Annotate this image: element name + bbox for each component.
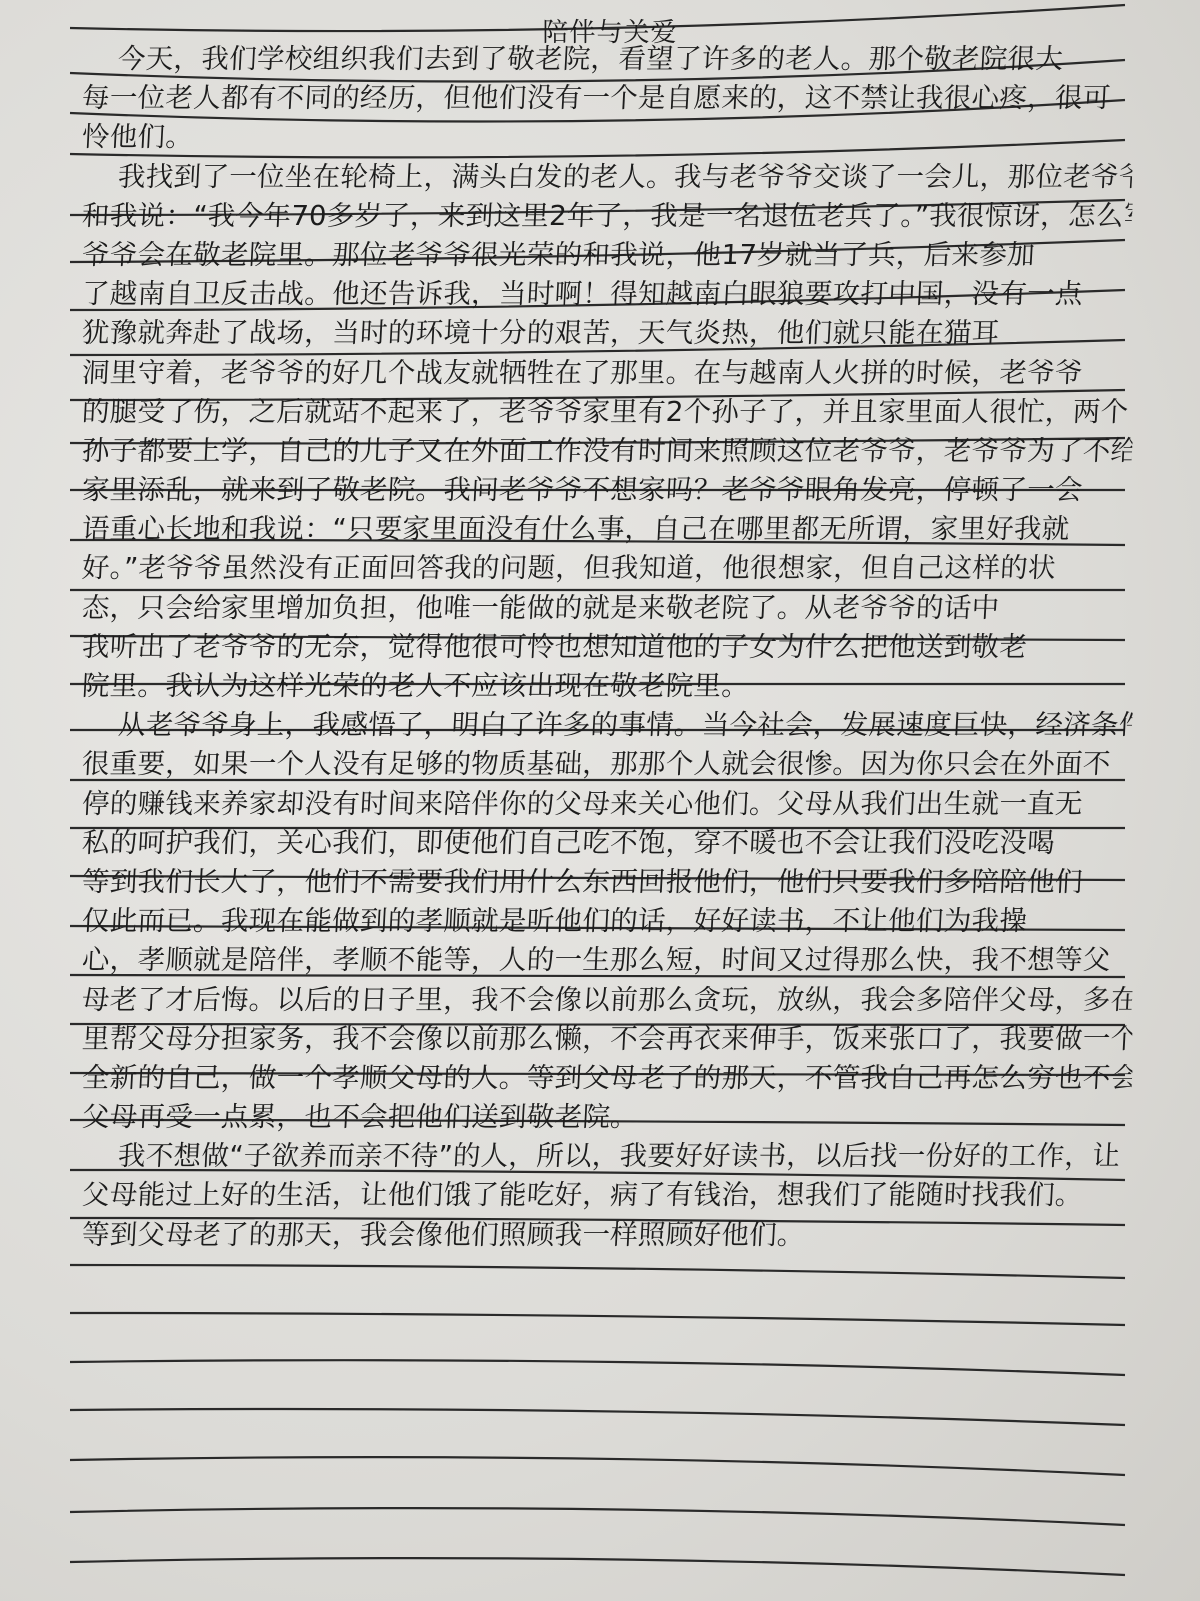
- essay-line: 洞里守着，老爷爷的好几个战友就牺牲在了那里。在与越南人火拼的时候，老爷爷: [81, 354, 1133, 393]
- essay-line: 我听出了老爷爷的无奈，觉得他很可怜也想知道他的子女为什么把他送到敬老: [81, 628, 1133, 667]
- essay-line: 父母能过上好的生活，让他们饿了能吃好，病了有钱治，想我们了能随时找我们。: [81, 1176, 1133, 1215]
- essay-line: 犹豫就奔赴了战场，当时的环境十分的艰苦，天气炎热，他们就只能在猫耳: [81, 314, 1133, 353]
- essay-line: 了越南自卫反击战。他还告诉我，当时啊！得知越南白眼狼要攻打中国，没有一点: [81, 275, 1133, 314]
- essay-line: 今天，我们学校组织我们去到了敬老院，看望了许多的老人。那个敬老院很大: [81, 40, 1133, 79]
- essay-line: 孙子都要上学，自己的儿子又在外面工作没有时间来照顾这位老爷爷，老爷爷为了不给: [81, 432, 1133, 471]
- essay-line: 等到我们长大了，他们不需要我们用什么东西回报他们，他们只要我们多陪陪他们: [81, 863, 1133, 902]
- essay-line: 我不想做“子欲养而亲不待”的人，所以，我要好好读书，以后找一份好的工作，让: [81, 1137, 1133, 1176]
- essay-line: 从老爷爷身上，我感悟了，明白了许多的事情。当今社会，发展速度巨快，经济条件: [81, 706, 1133, 745]
- essay-line: 停的赚钱来养家却没有时间来陪伴你的父母来关心他们。父母从我们出生就一直无: [81, 785, 1133, 824]
- essay-line: 态，只会给家里增加负担，他唯一能做的就是来敬老院了。从老爷爷的话中: [81, 589, 1133, 628]
- essay-line: 等到父母老了的那天，我会像他们照顾我一样照顾好他们。: [81, 1216, 1133, 1255]
- essay-line: 的腿受了伤，之后就站不起来了，老爷爷家里有2个孙子了，并且家里面人很忙，两个: [81, 393, 1133, 432]
- essay-line: 父母再受一点累，也不会把他们送到敬老院。: [81, 1098, 1133, 1137]
- essay-line: 和我说：“我今年70多岁了，来到这里2年了，我是一名退伍老兵了。”我很惊讶，怎么…: [81, 197, 1133, 236]
- essay-line: 爷爷会在敬老院里。那位老爷爷很光荣的和我说，他17岁就当了兵，后来参加: [81, 236, 1133, 275]
- essay-line: 我找到了一位坐在轮椅上，满头白发的老人。我与老爷爷交谈了一会儿，那位老爷爷: [81, 158, 1133, 197]
- essay-line: 语重心长地和我说：“只要家里面没有什么事，自己在哪里都无所谓，家里好我就: [81, 510, 1133, 549]
- essay-line: 心，孝顺就是陪伴，孝顺不能等，人的一生那么短，时间又过得那么快，我不想等父: [81, 941, 1133, 980]
- lined-paper-sheet: 陪伴与关爱 今天，我们学校组织我们去到了敬老院，看望了许多的老人。那个敬老院很大…: [0, 0, 1200, 1601]
- essay-line: 好。”老爷爷虽然没有正面回答我的问题，但我知道，他很想家，但自己这样的状: [81, 549, 1133, 588]
- essay-line: 怜他们。: [81, 118, 1133, 157]
- essay-line: 家里添乱，就来到了敬老院。我问老爷爷不想家吗？老爷爷眼角发亮，停顿了一会: [81, 471, 1133, 510]
- essay-line: 私的呵护我们，关心我们，即使他们自己吃不饱，穿不暖也不会让我们没吃没喝: [81, 824, 1133, 863]
- essay-line: 仅此而已。我现在能做到的孝顺就是听他们的话，好好读书，不让他们为我操: [81, 902, 1133, 941]
- essay-line: 很重要，如果一个人没有足够的物质基础，那那个人就会很惨。因为你只会在外面不: [81, 745, 1133, 784]
- essay-body: 今天，我们学校组织我们去到了敬老院，看望了许多的老人。那个敬老院很大 每一位老人…: [82, 40, 1132, 1255]
- essay-line: 院里。我认为这样光荣的老人不应该出现在敬老院里。: [81, 667, 1133, 706]
- essay-line: 里帮父母分担家务，我不会像以前那么懒，不会再衣来伸手，饭来张口了，我要做一个: [81, 1020, 1133, 1059]
- essay-line: 全新的自己，做一个孝顺父母的人。等到父母老了的那天，不管我自己再怎么穷也不会让: [81, 1059, 1133, 1098]
- essay-line: 母老了才后悔。以后的日子里，我不会像以前那么贪玩，放纵，我会多陪伴父母，多在家: [81, 981, 1133, 1020]
- essay-line: 每一位老人都有不同的经历，但他们没有一个是自愿来的，这不禁让我很心疼，很可: [81, 79, 1133, 118]
